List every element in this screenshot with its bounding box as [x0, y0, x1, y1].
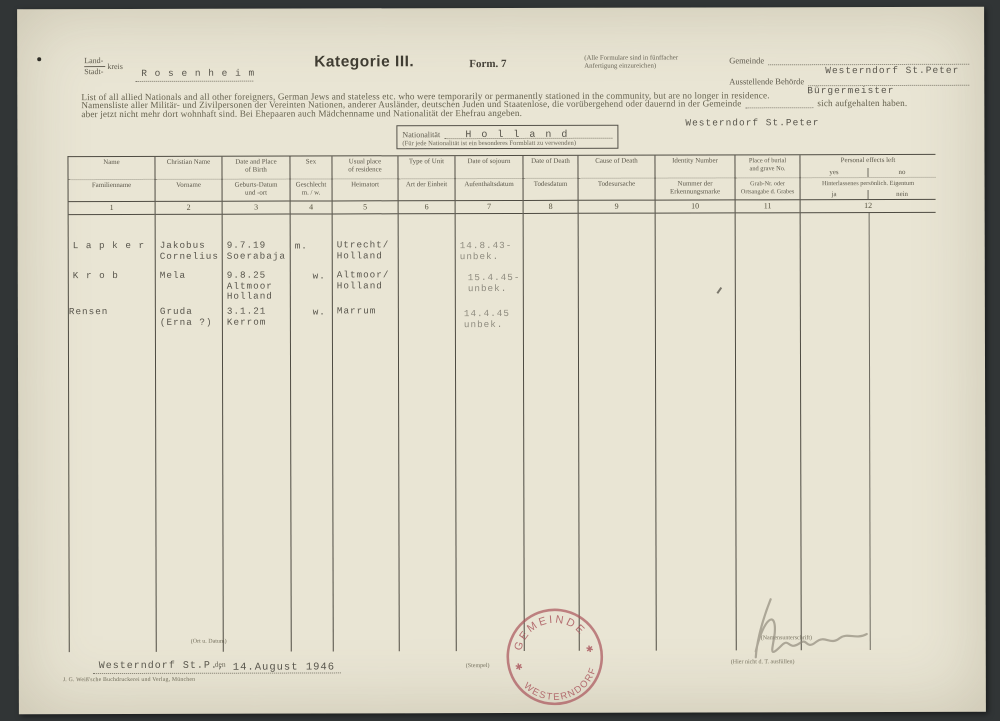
column-sex: Sex Geschlecht m. / w. 4 m. w. w. — [290, 156, 333, 651]
row-residence: Marrum — [337, 306, 377, 317]
handwritten-signature — [737, 593, 897, 679]
ink-spot-artifact — [37, 57, 41, 61]
persons-table: Name Familienname 1 L a p k e r K r o b … — [67, 154, 936, 652]
row-sojourn: 14.8.43- unbek. — [460, 241, 513, 262]
yes-label-de: ja — [801, 190, 868, 199]
row-name: Rensen — [69, 307, 109, 318]
intro-german-end: sich aufgehalten haben. — [817, 99, 907, 108]
col-header-en: Date of sojourn — [455, 156, 522, 179]
col-header-yes-no: yes no — [800, 168, 935, 178]
col-header-num: 12 — [801, 199, 936, 212]
row-sojourn: 14.4.45 unbek. — [464, 309, 510, 330]
svg-text:GEMEINDE: GEMEINDE — [506, 605, 589, 654]
col-header-en: Christian Name — [155, 157, 221, 180]
row-first-name: Jakobus Cornelius — [160, 241, 219, 262]
row-residence: Altmoor/ Holland — [337, 270, 390, 291]
place-date-label: (Ort u. Datum) — [191, 639, 227, 645]
signature-icon — [737, 593, 897, 679]
col-header-num: 10 — [656, 199, 735, 212]
column-death-date: Date of Death Todesdatum 8 — [523, 156, 579, 651]
gemeinde-fill-line — [768, 55, 969, 66]
column-death-cause: Cause of Death Todesursache 9 — [578, 156, 656, 651]
row-sojourn: 15.4.45- unbek. — [468, 273, 521, 294]
col-header-num: 5 — [333, 200, 398, 213]
no-label-en: no — [867, 168, 935, 177]
col-header-en: Usual place of residence — [332, 156, 397, 179]
col-header-num: 6 — [399, 200, 455, 213]
col-header-de: Familienname — [69, 179, 155, 201]
row-residence: Utrecht/ Holland — [337, 240, 390, 261]
col-header-en: Sex — [290, 156, 331, 179]
col-header-de: Geburts-Datum und -ort — [223, 179, 290, 201]
row-name: K r o b — [73, 271, 119, 282]
column-birth: Date and Place of Birth Geburts-Datum un… — [222, 157, 291, 652]
den-label: den — [215, 660, 226, 669]
col-header-en: Cause of Death — [578, 156, 654, 179]
col-header-de: Art der Einheit — [399, 179, 455, 201]
col-header-de: Heimatort — [333, 179, 398, 201]
intro-paragraph: List of all allied Nationals and all oth… — [81, 91, 907, 118]
yes-no-divider-line — [868, 213, 870, 650]
typed-place: Westerndorf St.P., — [99, 661, 225, 672]
col-header-de: Todesursache — [579, 178, 655, 200]
col-header-de: Grab-Nr. oder Ortsangabe d. Grabes — [736, 178, 800, 200]
column-sojourn-date: Date of sojourn Aufenthaltsdatum 7 14.8.… — [455, 156, 524, 651]
col-header-num: 9 — [579, 200, 655, 213]
column-burial-place: Place of burial and grave No. Grab-Nr. o… — [735, 155, 801, 650]
gemeinde-label: Gemeinde — [729, 55, 764, 65]
row-birth: 9.8.25 Altmoor Holland — [227, 271, 273, 303]
district-value: R o s e n h e i m — [141, 68, 255, 79]
col-header-en: Date and Place of Birth — [222, 157, 289, 180]
col-header-num: 3 — [223, 201, 290, 214]
col-header-de: Geschlecht m. / w. — [291, 179, 332, 201]
row-name: L a p k e r — [73, 241, 145, 252]
col-header-num: 8 — [524, 200, 578, 213]
col-header-num: 1 — [69, 201, 155, 214]
row-sex: m. — [295, 242, 308, 253]
kreis-label: kreis — [107, 61, 123, 70]
typed-date: 14.August 1946 — [233, 661, 335, 673]
authority-label: Ausstellende Behörde — [729, 76, 804, 86]
stadt-label: Stadt- — [84, 67, 105, 76]
col-header-en: Date of Death — [523, 156, 577, 179]
stamp-text-top: GEMEINDE — [506, 605, 589, 654]
scanned-form-page: Land- Stadt- kreis R o s e n h e i m Kat… — [17, 7, 986, 715]
no-label-de: nein — [868, 190, 936, 199]
stamp-star-left: ✱ — [514, 661, 524, 673]
district-fraction: Land- Stadt- — [84, 56, 105, 76]
col-header-ja-nein: ja nein — [801, 190, 936, 199]
gemeinde-inline-value: Westerndorf St.Peter — [685, 117, 819, 128]
col-header-de: Aufenthaltsdatum — [456, 178, 523, 200]
gemeinde-inline-fill-line — [746, 99, 814, 108]
column-identity-number: Identity Number Nummer der Erkennungsmar… — [655, 155, 736, 650]
gemeinde-value: Westerndorf St.Peter — [825, 65, 959, 76]
col-header-en: Place of burial and grave No. — [735, 155, 799, 178]
stamp-label: (Stempel) — [466, 663, 490, 669]
nationality-value: H o l l a n d — [465, 130, 569, 141]
col-header-de: Nummer der Erkennungsmarke — [656, 178, 735, 200]
col-header-de: Todesdatum — [524, 178, 578, 200]
form-number: Form. 7 — [469, 58, 506, 70]
printer-note: J. G. Weiß'sche Buchdruckerei und Verlag… — [63, 677, 195, 683]
form-title: Kategorie III. — [279, 53, 449, 71]
col-header-num: 2 — [156, 201, 222, 214]
nationality-label: Nationalität — [402, 130, 440, 139]
column-residence: Usual place of residence Heimatort 5 Utr… — [332, 156, 399, 651]
yes-label-en: yes — [800, 168, 867, 177]
col-header-en: Identity Number — [655, 155, 734, 178]
column-unit-type: Type of Unit Art der Einheit 6 — [398, 156, 456, 651]
row-sex: w. — [313, 307, 326, 318]
district-field: Land- Stadt- kreis — [84, 56, 123, 76]
col-header-num: 7 — [456, 200, 523, 213]
col-header-de: Vorname — [156, 179, 222, 201]
column-personal-effects: Personal effects left yes no Hinterlasse… — [800, 155, 936, 650]
col-header-en: Type of Unit — [398, 156, 454, 179]
col-header-num: 4 — [291, 200, 332, 213]
row-birth: 3.1.21 Kerrom — [227, 307, 267, 328]
gemeinde-field: Gemeinde — [729, 55, 969, 66]
col-header-de: Hinterlassenes persönlich. Eigentum — [801, 178, 936, 190]
col-header-num: 11 — [736, 199, 800, 212]
row-sex: w. — [313, 271, 326, 282]
land-label: Land- — [84, 56, 105, 67]
row-birth: 9.7.19 Soerabaja — [227, 241, 286, 262]
column-name: Name Familienname 1 L a p k e r K r o b … — [68, 157, 156, 652]
stamp-star-right: ✱ — [585, 643, 595, 655]
row-first-name: Mela — [160, 271, 186, 282]
column-christian-name: Christian Name Vorname 2 Jakobus Corneli… — [155, 157, 223, 652]
copies-note: (Alle Formulare sind in fünffacher Anfer… — [584, 54, 714, 70]
row-first-name: Gruda (Erna ?) — [160, 307, 213, 328]
col-header-en: Name — [68, 157, 154, 180]
col-header-en: Personal effects left — [800, 155, 935, 168]
